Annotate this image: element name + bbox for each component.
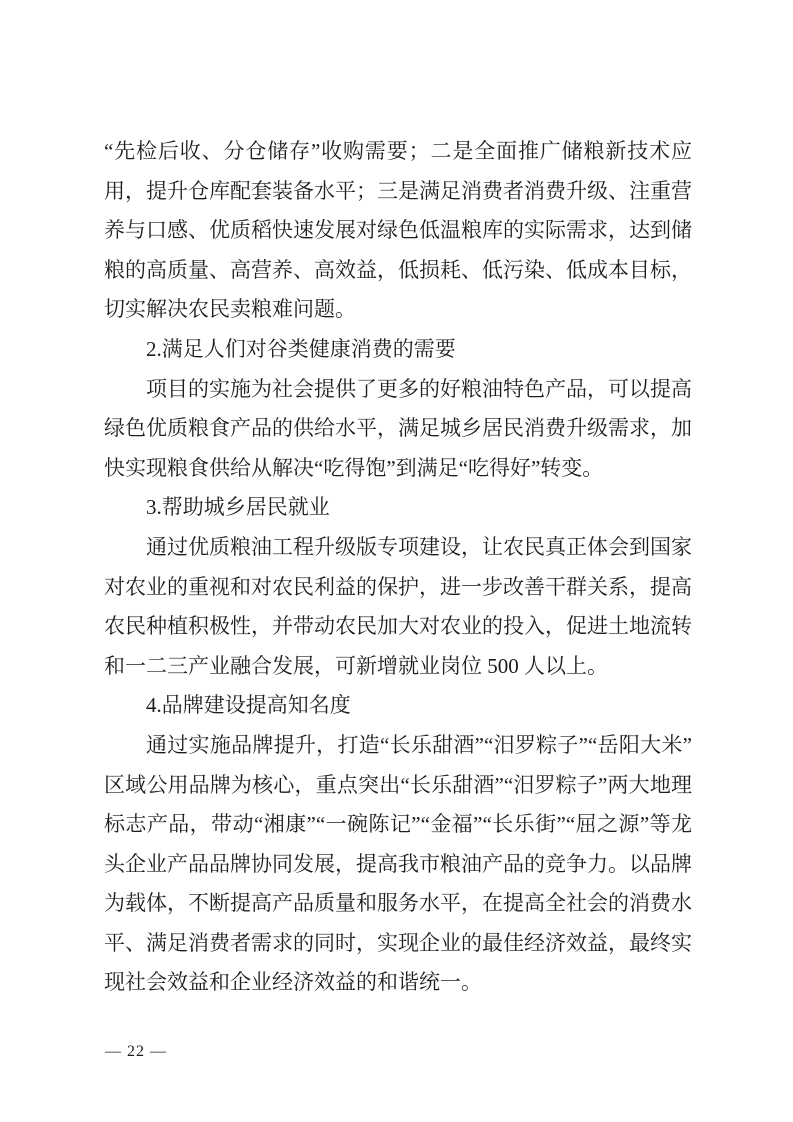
document-body: “先检后收、分仓储存”收购需要；二是全面推广储粮新技术应用，提升仓库配套装备水平… [104, 132, 692, 1003]
paragraph-continuation: “先检后收、分仓储存”收购需要；二是全面推广储粮新技术应用，提升仓库配套装备水平… [104, 132, 692, 330]
section-heading-4: 4.品牌建设提高知名度 [104, 686, 692, 726]
section-paragraph-3: 通过优质粮油工程升级版专项建设，让农民真正体会到国家对农业的重视和对农民利益的保… [104, 528, 692, 686]
page-number: — 22 — [105, 1040, 167, 1064]
section-paragraph-2: 项目的实施为社会提供了更多的好粮油特色产品，可以提高绿色优质粮食产品的供给水平，… [104, 370, 692, 489]
document-page: “先检后收、分仓储存”收购需要；二是全面推广储粮新技术应用，提升仓库配套装备水平… [0, 0, 793, 1122]
section-heading-2: 2.满足人们对谷类健康消费的需要 [104, 330, 692, 370]
section-paragraph-4: 通过实施品牌提升，打造“长乐甜酒”“汨罗粽子”“岳阳大米”区域公用品牌为核心，重… [104, 726, 692, 1003]
section-heading-3: 3.帮助城乡居民就业 [104, 488, 692, 528]
